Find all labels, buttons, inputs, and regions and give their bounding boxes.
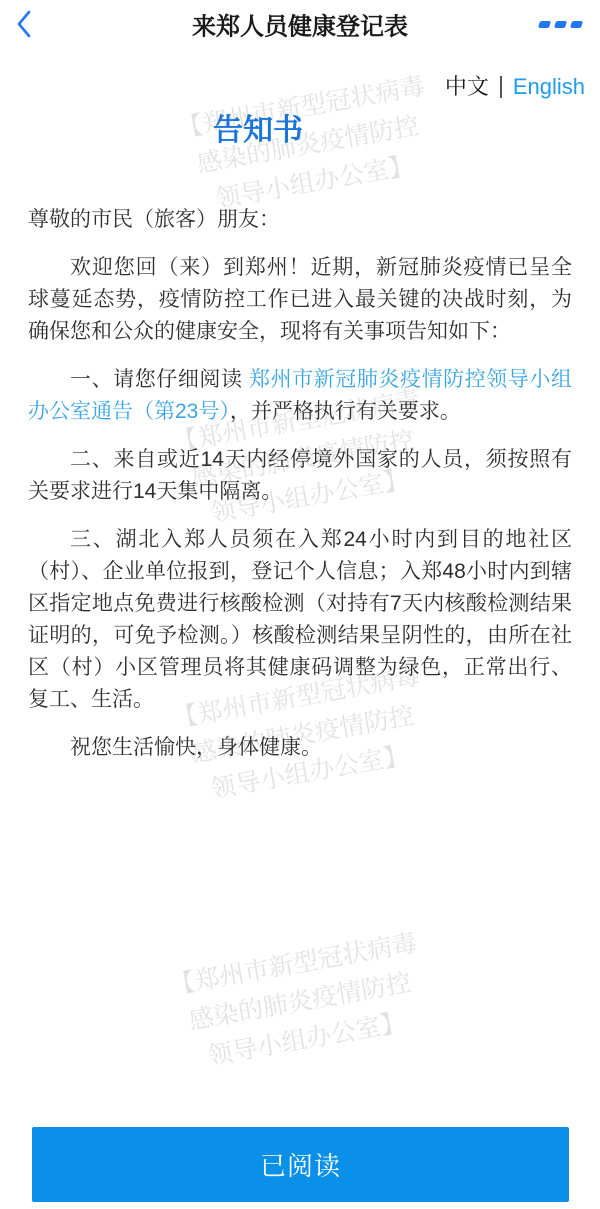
- ellipsis-icon: [554, 21, 567, 28]
- chevron-left-icon: [14, 8, 36, 40]
- language-divider: [500, 76, 502, 98]
- language-switch: 中文 English: [0, 72, 600, 102]
- paragraph-item3: 三、湖北入郑人员须在入郑24小时内到目的地社区（村）、企业单位报到，登记个人信息…: [28, 524, 572, 716]
- top-navigation-bar: 来郑人员健康登记表: [0, 0, 600, 48]
- health-registration-notice-page: 【郑州市新型冠状病毒 感染的肺炎疫情防控 领导小组办公室】 【郑州市新型冠状病毒…: [0, 0, 600, 1209]
- read-confirm-button[interactable]: 已阅读: [32, 1127, 569, 1202]
- notice-heading: 告知书: [0, 110, 600, 152]
- notice-body: 尊敬的市民（旅客）朋友： 欢迎您回（来）到郑州！近期，新冠肺炎疫情已呈全球蔓延态…: [0, 204, 600, 764]
- item1-suffix: ，并严格执行有关要求。: [230, 400, 461, 423]
- watermark-line: 【郑州市新型冠状病毒: [142, 920, 444, 1010]
- paragraph-item1: 一、请您仔细阅读 郑州市新冠肺炎疫情防控领导小组办公室通告（第23号），并严格执…: [28, 364, 572, 428]
- paragraph-intro: 欢迎您回（来）到郑州！近期，新冠肺炎疫情已呈全球蔓延态势，疫情防控工作已进入最关…: [28, 252, 572, 348]
- watermark-stamp: 【郑州市新型冠状病毒 感染的肺炎疫情防控 领导小组办公室】: [142, 920, 457, 1084]
- ellipsis-icon: [570, 21, 583, 28]
- item1-prefix: 一、请您仔细阅读: [70, 368, 243, 391]
- language-option-english[interactable]: English: [513, 72, 585, 102]
- watermark-line: 领导小组办公室】: [156, 995, 458, 1085]
- back-button[interactable]: [14, 6, 50, 42]
- paragraph-closing: 祝您生活愉快，身体健康。: [28, 732, 572, 764]
- salutation: 尊敬的市民（旅客）朋友：: [28, 204, 572, 236]
- page-title: 来郑人员健康登记表: [192, 7, 408, 42]
- watermark-line: 感染的肺炎疫情防控: [149, 957, 451, 1047]
- more-menu-button[interactable]: [535, 11, 586, 38]
- paragraph-item2: 二、来自或近14天内经停境外国家的人员，须按照有关要求进行14天集中隔离。: [28, 444, 572, 508]
- language-option-chinese[interactable]: 中文: [445, 72, 489, 102]
- ellipsis-icon: [538, 21, 551, 28]
